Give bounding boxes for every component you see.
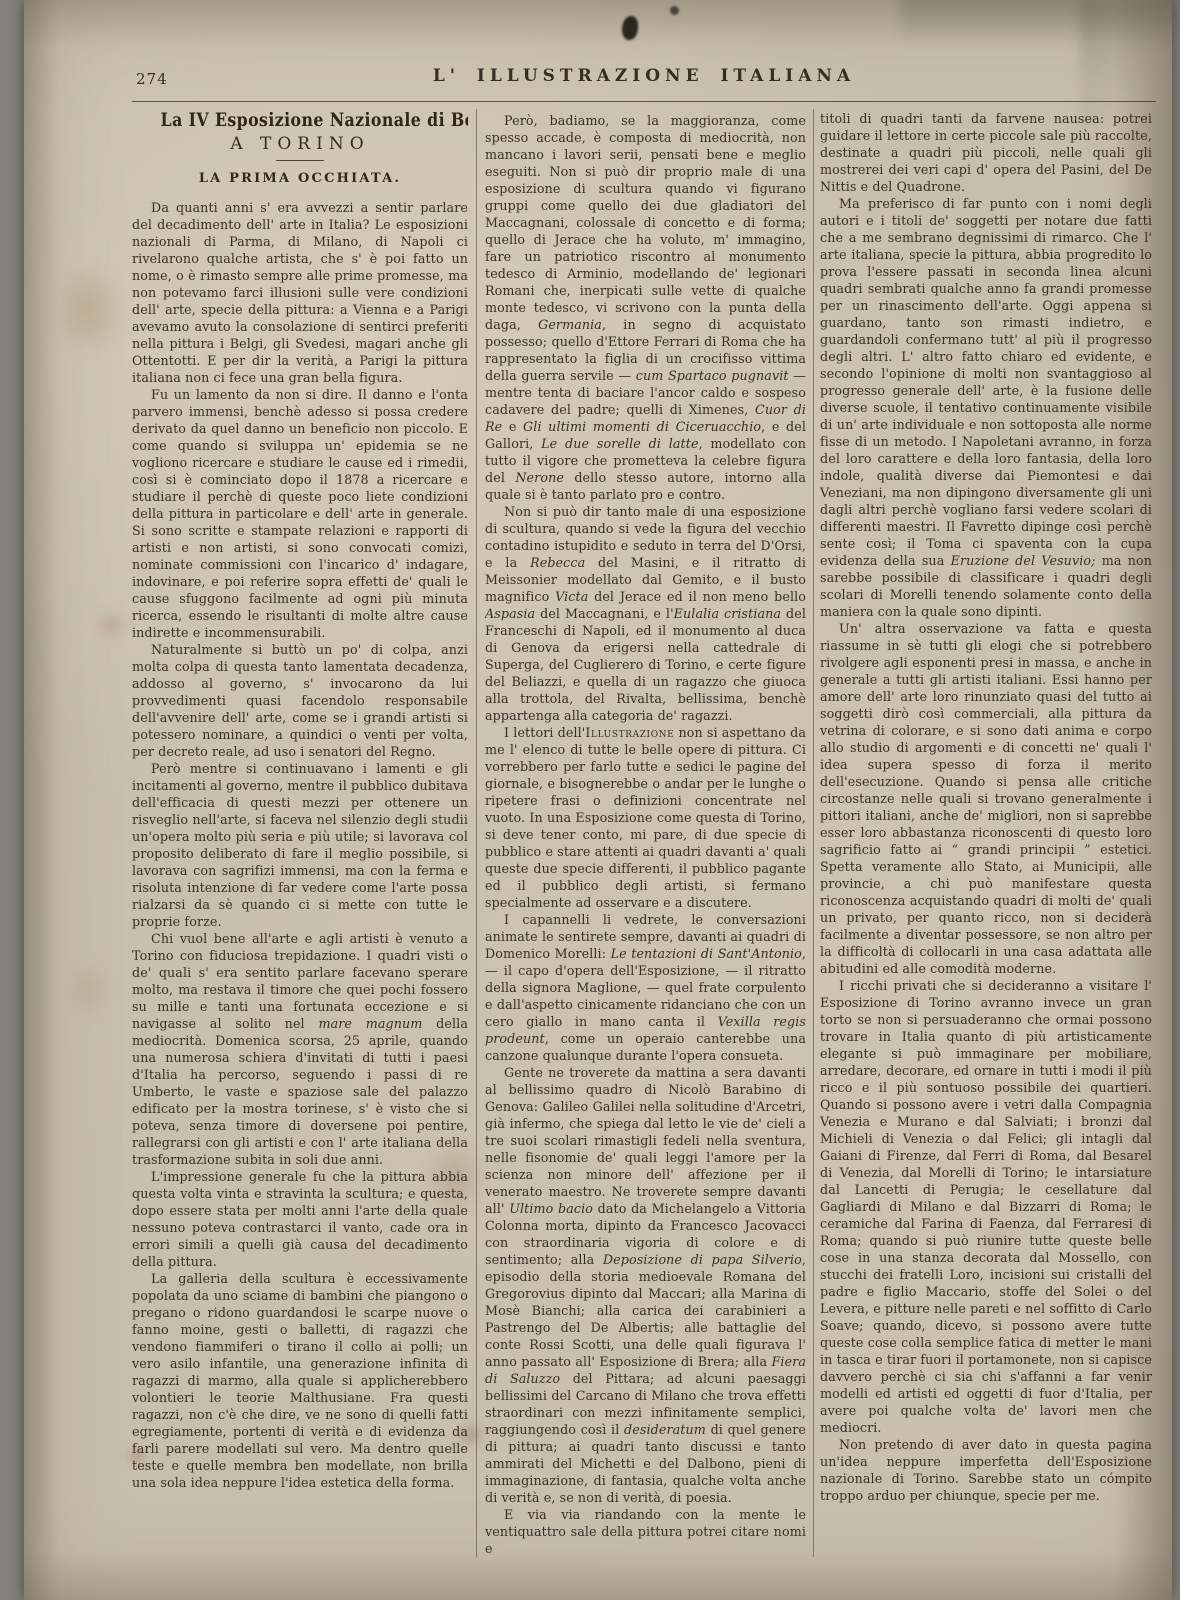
paragraph: E via via riandando con la mente le vent…: [485, 1506, 806, 1557]
paper-stain: [52, 262, 126, 358]
paragraph: Fu un lamento da non si dire. Il danno e…: [132, 386, 468, 641]
masthead: L' ILLUSTRAZIONE ITALIANA: [132, 66, 1156, 86]
paper-smudge: [900, 0, 1180, 44]
paragraph: L'impressione generale fu che la pittura…: [132, 1168, 468, 1270]
ink-speck: [622, 16, 638, 40]
article-title: La IV Esposizione Nazionale di Belle Art…: [161, 112, 440, 129]
page-scan: 274 L' ILLUSTRAZIONE ITALIANA La IV Espo…: [24, 0, 1172, 1600]
paragraph: Non si può dir tanto male di una esposiz…: [485, 503, 806, 724]
paragraph: Naturalmente si buttò un po' di colpa, a…: [132, 641, 468, 760]
column-divider-1: [476, 109, 477, 1557]
paper-stain: [64, 960, 114, 1020]
paragraph: Da quanti anni s' era avvezzi a sentir p…: [132, 199, 468, 386]
paragraph: La galleria della scultura è eccessivame…: [132, 1270, 468, 1491]
title-rule: [276, 160, 324, 161]
paragraph: Un' altra osservazione va fatta e questa…: [820, 620, 1152, 977]
article-subtitle: A TORINO: [132, 136, 468, 153]
column-1-paragraphs: Da quanti anni s' era avvezzi a sentir p…: [132, 199, 468, 1491]
paragraph: Gente ne troverete da mattina a sera dav…: [485, 1064, 806, 1506]
paragraph: titoli di quadri tanti da farvene nausea…: [820, 110, 1152, 195]
paper-stain: [94, 610, 128, 640]
page-header: 274 L' ILLUSTRAZIONE ITALIANA: [132, 64, 1156, 94]
paragraph: I capannelli li vedrete, le conversazion…: [485, 911, 806, 1064]
text-column-1: La IV Esposizione Nazionale di Belle Art…: [132, 112, 468, 1590]
article-headline-block: La IV Esposizione Nazionale di Belle Art…: [132, 112, 468, 187]
paragraph: Però mentre si continuavano i lamenti e …: [132, 760, 468, 930]
paragraph: Chi vuol bene all'arte e agli artisti è …: [132, 930, 468, 1168]
column-2-paragraphs: Però, badiamo, se la maggioranza, come s…: [485, 112, 806, 1557]
paragraph: I lettori dell'Illustrazione non si aspe…: [485, 724, 806, 911]
header-rule: [132, 101, 1156, 102]
paragraph: Ma preferisco di far punto con i nomi de…: [820, 195, 1152, 620]
paragraph: Non pretendo di aver dato in questa pagi…: [820, 1436, 1152, 1504]
column-divider-2: [813, 109, 814, 1557]
paragraph: Però, badiamo, se la maggioranza, come s…: [485, 112, 806, 503]
paragraph: I ricchi privati che si decideranno a vi…: [820, 977, 1152, 1436]
ink-speck: [670, 6, 679, 15]
section-heading: LA PRIMA OCCHIATA.: [132, 170, 468, 187]
text-column-3: titoli di quadri tanti da farvene nausea…: [820, 110, 1152, 1588]
column-3-paragraphs: titoli di quadri tanti da farvene nausea…: [820, 110, 1152, 1504]
text-column-2: Però, badiamo, se la maggioranza, come s…: [485, 112, 806, 1590]
